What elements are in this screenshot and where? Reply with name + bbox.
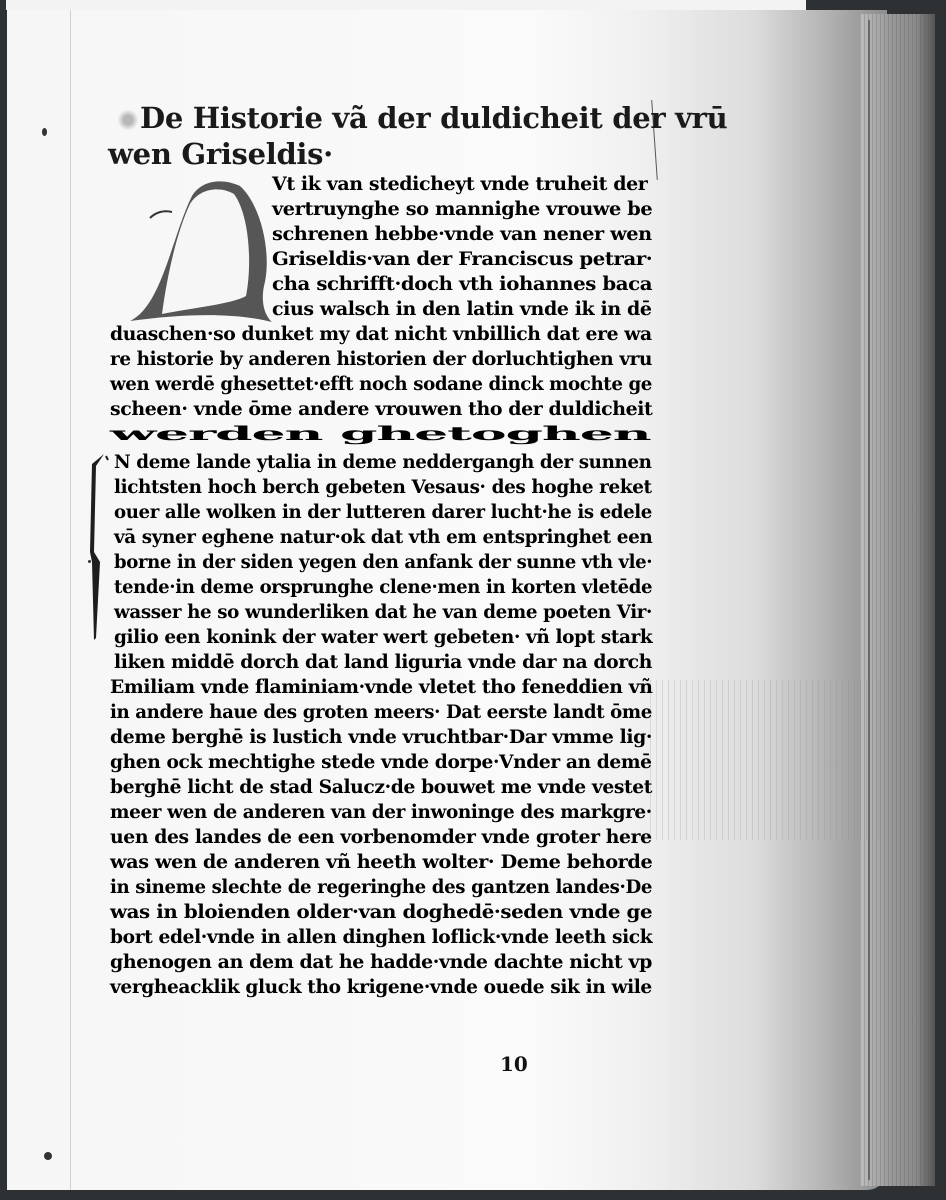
text-line: meer wen de anderen van der inwoninge de… — [110, 800, 652, 825]
title-line-1: De Historie vã der duldicheit der vrū — [118, 100, 678, 136]
text-line: was in bloienden older·van doghedē·seden… — [110, 900, 652, 925]
text-line: in andere haue des groten meers· Dat eer… — [110, 700, 652, 725]
scan-streak-artifacts — [650, 680, 880, 840]
ink-speck — [42, 128, 47, 136]
text-line: liken middē dorch dat land liguria vnde … — [114, 650, 652, 675]
initial-capital-d-icon — [122, 176, 272, 324]
text-line: berghē licht de stad Salucz·de bouwet me… — [110, 775, 652, 800]
folio-number: 10 — [500, 1052, 528, 1076]
text-line: ghenogen an dem dat he hadde·vnde dachte… — [110, 950, 652, 975]
paragraph-mark-icon — [118, 109, 138, 131]
text-line: ouer alle wolken in der lutteren darer l… — [114, 500, 652, 525]
text-line: werden ghetoghen — [110, 422, 651, 447]
text-line: was wen de anderen vñ heeth wolter· Deme… — [110, 850, 652, 875]
text-line: Griseldis·van der Franciscus petrar· — [272, 247, 652, 272]
text-line: wen werdē ghesettet·efft noch sodane din… — [110, 372, 652, 397]
text-line: uen des landes de een vorbenomder vnde g… — [110, 825, 652, 850]
page-stack-edge — [860, 14, 935, 1186]
scan-crease-line — [70, 10, 71, 1190]
text-line: scheen· vnde ōme andere vrouwen tho der … — [110, 397, 652, 422]
text-line: in sineme slechte de regeringhe des gant… — [110, 875, 652, 900]
title-line-2: wen Griseldis· — [108, 136, 678, 172]
text-line: duaschen·so dunket my dat nicht vnbillic… — [110, 322, 652, 347]
text-line: borne in der siden yegen den anfank der … — [114, 550, 652, 575]
text-line: wasser he so wunderliken dat he van deme… — [114, 600, 652, 625]
text-line: vergheacklik gluck tho krigene·vnde oued… — [110, 975, 652, 1000]
text-line: Vt ik van stedicheyt vnde truheit der — [272, 172, 652, 197]
text-line: vertruynghe so mannighe vrouwe be — [272, 197, 652, 222]
scan-top-edge — [6, 0, 806, 10]
title-line-1-text: De Historie vã der duldicheit der vrū — [140, 101, 727, 135]
text-line: vā syner eghene natur·ok dat vth em ents… — [114, 525, 652, 550]
text-line: cius walsch in den latin vnde ik in dē — [272, 297, 652, 322]
text-line: Emiliam vnde flaminiam·vnde vletet tho f… — [110, 675, 652, 700]
text-line: schrenen hebbe·vnde van nener wen — [272, 222, 652, 247]
text-line: deme berghē is lustich vnde vruchtbar·Da… — [110, 725, 652, 750]
text-line: N deme lande ytalia in deme neddergangh … — [114, 450, 652, 475]
text-line: cha schrifft·doch vth iohannes baca — [272, 272, 652, 297]
text-line: ghen ock mechtighe stede vnde dorpe·Vnde… — [110, 750, 652, 775]
text-line: bort edel·vnde in allen dinghen loflick·… — [110, 925, 652, 950]
text-line: tende·in deme orsprunghe clene·men in ko… — [114, 575, 652, 600]
text-line: lichtsten hoch berch gebeten Vesaus· des… — [114, 475, 652, 500]
text-line: gilio een konink der water wert gebeten·… — [114, 625, 652, 650]
initial-capital-i-icon — [90, 452, 110, 642]
text-line: re historie by anderen historien der dor… — [110, 347, 652, 372]
ink-speck — [44, 1152, 52, 1160]
page-title: De Historie vã der duldicheit der vrū we… — [118, 100, 678, 172]
page-edge-line — [868, 20, 870, 1180]
